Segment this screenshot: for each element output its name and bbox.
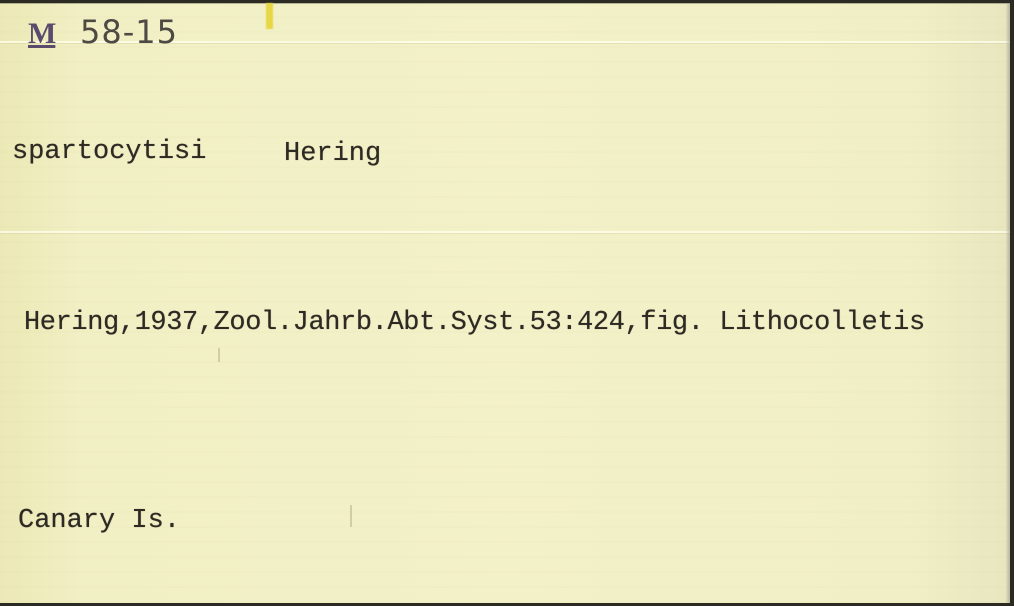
yellow-tab-marker: [266, 3, 273, 29]
citation: Hering,1937,Zool.Jahrb.Abt.Syst.53:424,f…: [24, 308, 925, 338]
catalog-number: 58-15: [80, 13, 178, 51]
species-name: spartocytisi: [12, 137, 206, 167]
card-crease: [0, 231, 1010, 233]
paper-mark: [218, 348, 220, 362]
species-author: Hering: [284, 139, 381, 169]
index-card: M 58-15 spartocytisi Hering Hering,1937,…: [0, 3, 1010, 603]
paper-mark: [350, 505, 352, 527]
locality: Canary Is.: [18, 506, 180, 536]
stamp-letter: M: [28, 17, 55, 51]
